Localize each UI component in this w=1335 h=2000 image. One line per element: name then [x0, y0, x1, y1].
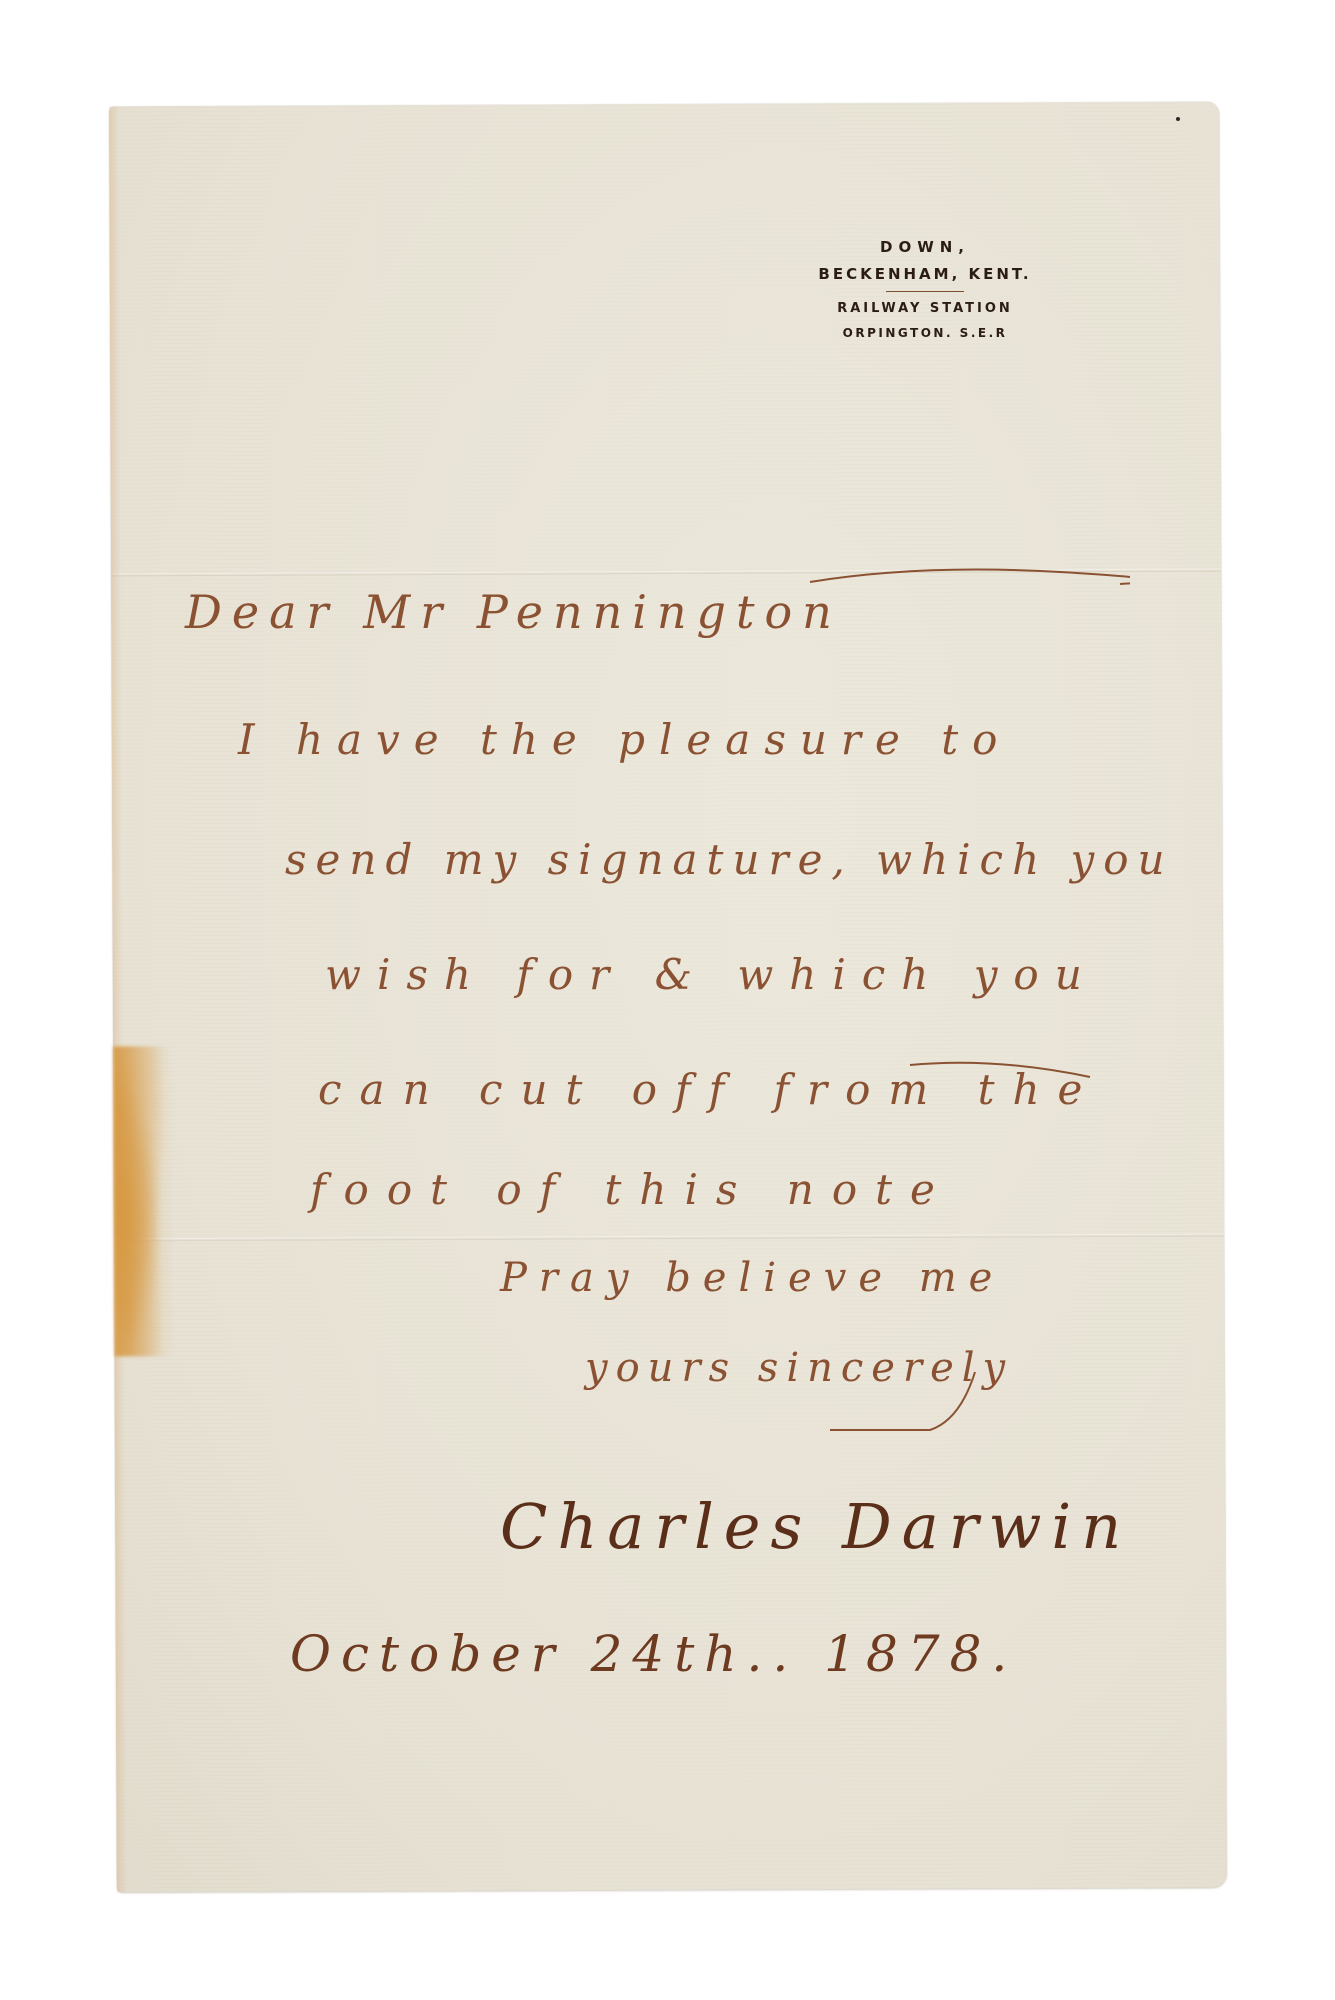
flourish-stroke: [800, 560, 1130, 590]
letterhead-line-3: RAILWAY STATION: [790, 301, 1060, 316]
body-line-5: foot of this note: [310, 1165, 953, 1214]
body-line-1: I have the pleasure to: [238, 715, 1011, 764]
letterhead-line-2: BECKENHAM, KENT.: [790, 265, 1060, 283]
foxing-stain: [113, 1046, 174, 1356]
letterhead-line-1: DOWN,: [790, 238, 1060, 256]
letterhead-rule: [886, 291, 964, 292]
flourish-stroke-2: [905, 1055, 1095, 1085]
signature: Charles Darwin: [500, 1490, 1131, 1563]
ink-speck: [1176, 117, 1180, 121]
edge-discoloration: [109, 106, 127, 1892]
closing-line-1: Pray believe me: [500, 1255, 1004, 1301]
lower-fold-crease: [114, 1234, 1224, 1242]
body-line-3: wish for & which you: [325, 950, 1098, 999]
letterhead: DOWN, BECKENHAM, KENT. RAILWAY STATION O…: [790, 238, 1060, 340]
salutation: Dear Mr Pennington: [185, 585, 842, 639]
letter-date: October 24th.. 1878.: [290, 1625, 1017, 1683]
closing-flourish: [810, 1370, 990, 1440]
letterhead-line-4: ORPINGTON. S.E.R: [790, 326, 1060, 340]
body-line-2: send my signature, which you: [285, 835, 1174, 884]
